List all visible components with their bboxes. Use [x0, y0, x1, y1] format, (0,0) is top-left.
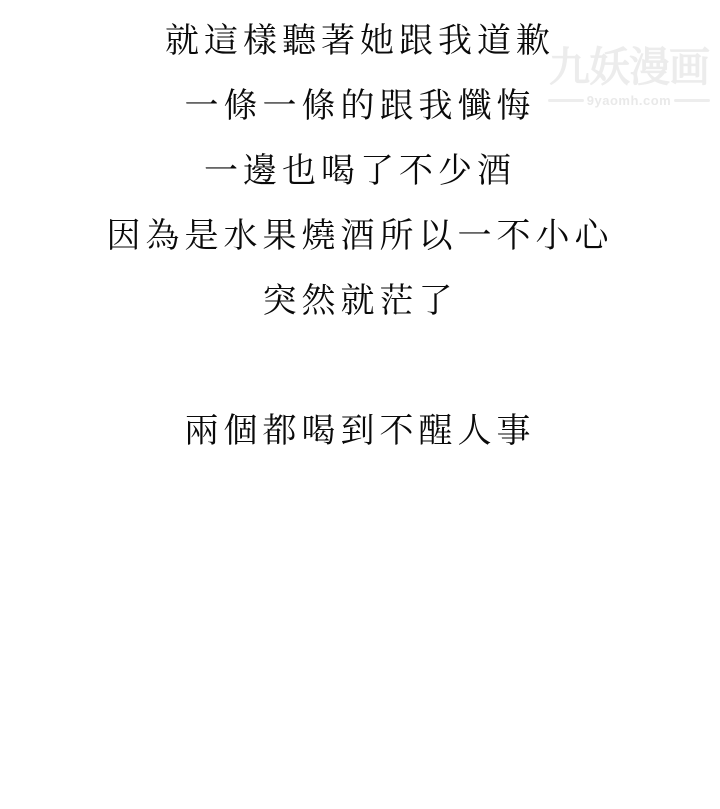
caption-line: 兩個都喝到不醒人事 [0, 399, 720, 464]
caption-line: 因為是水果燒酒所以一不小心 [0, 204, 720, 269]
caption-line-blank [0, 334, 720, 399]
caption-line: 突然就茫了 [0, 269, 720, 334]
caption-line: 就這樣聽著她跟我道歉 [0, 9, 720, 74]
caption-line: 一條一條的跟我懺悔 [0, 74, 720, 139]
caption-block: 就這樣聽著她跟我道歉 一條一條的跟我懺悔 一邊也喝了不少酒 因為是水果燒酒所以一… [0, 9, 720, 464]
caption-line: 一邊也喝了不少酒 [0, 139, 720, 204]
